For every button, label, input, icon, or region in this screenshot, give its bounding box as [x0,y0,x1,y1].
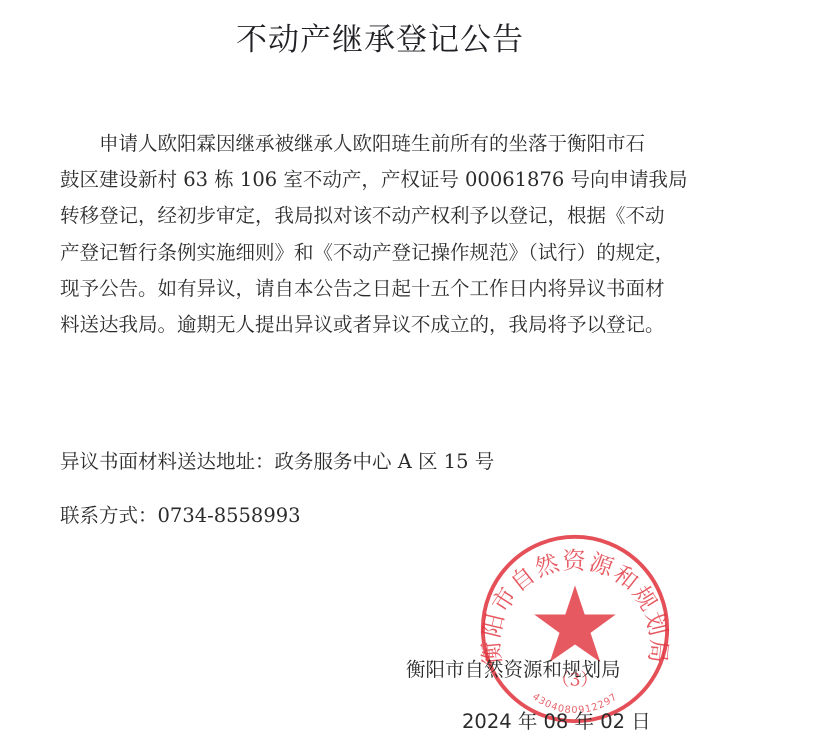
body-line: 现予公告。如有异议，请自本公告之日起十五个工作日内将异议书面材 [60,271,782,307]
body-line: 产登记暂行条例实施细则》和《不动产登记操作规范》（试行）的规定， [60,235,782,271]
contact-info: 联系方式：0734-8558993 [60,500,301,528]
official-seal: 衡阳市自然资源和规划局 （3） 4304080912297 [478,532,672,726]
star-icon [534,585,615,662]
objection-address: 异议书面材料送达地址：政务服务中心 A 区 15 号 [60,446,494,474]
body-line: 转移登记，经初步审定，我局拟对该不动产权利予以登记，根据《不动 [60,198,782,234]
page-title: 不动产继承登记公告 [0,14,760,59]
body-line: 料送达我局。逾期无人提出异议或者异议不成立的，我局将予以登记。 [60,307,782,343]
body-line: 申请人欧阳霖因继承被继承人欧阳琏生前所有的坐落于衡阳市石 [60,126,782,162]
announcement-body: 申请人欧阳霖因继承被继承人欧阳琏生前所有的坐落于衡阳市石 鼓区建设新村 63 栋… [60,126,782,343]
issuing-authority: 衡阳市自然资源和规划局 [406,654,621,682]
body-line: 鼓区建设新村 63 栋 106 室不动产，产权证号 00061876 号向申请我… [60,162,782,198]
issue-date: 2024 年 08 年 02 日 [462,706,651,734]
